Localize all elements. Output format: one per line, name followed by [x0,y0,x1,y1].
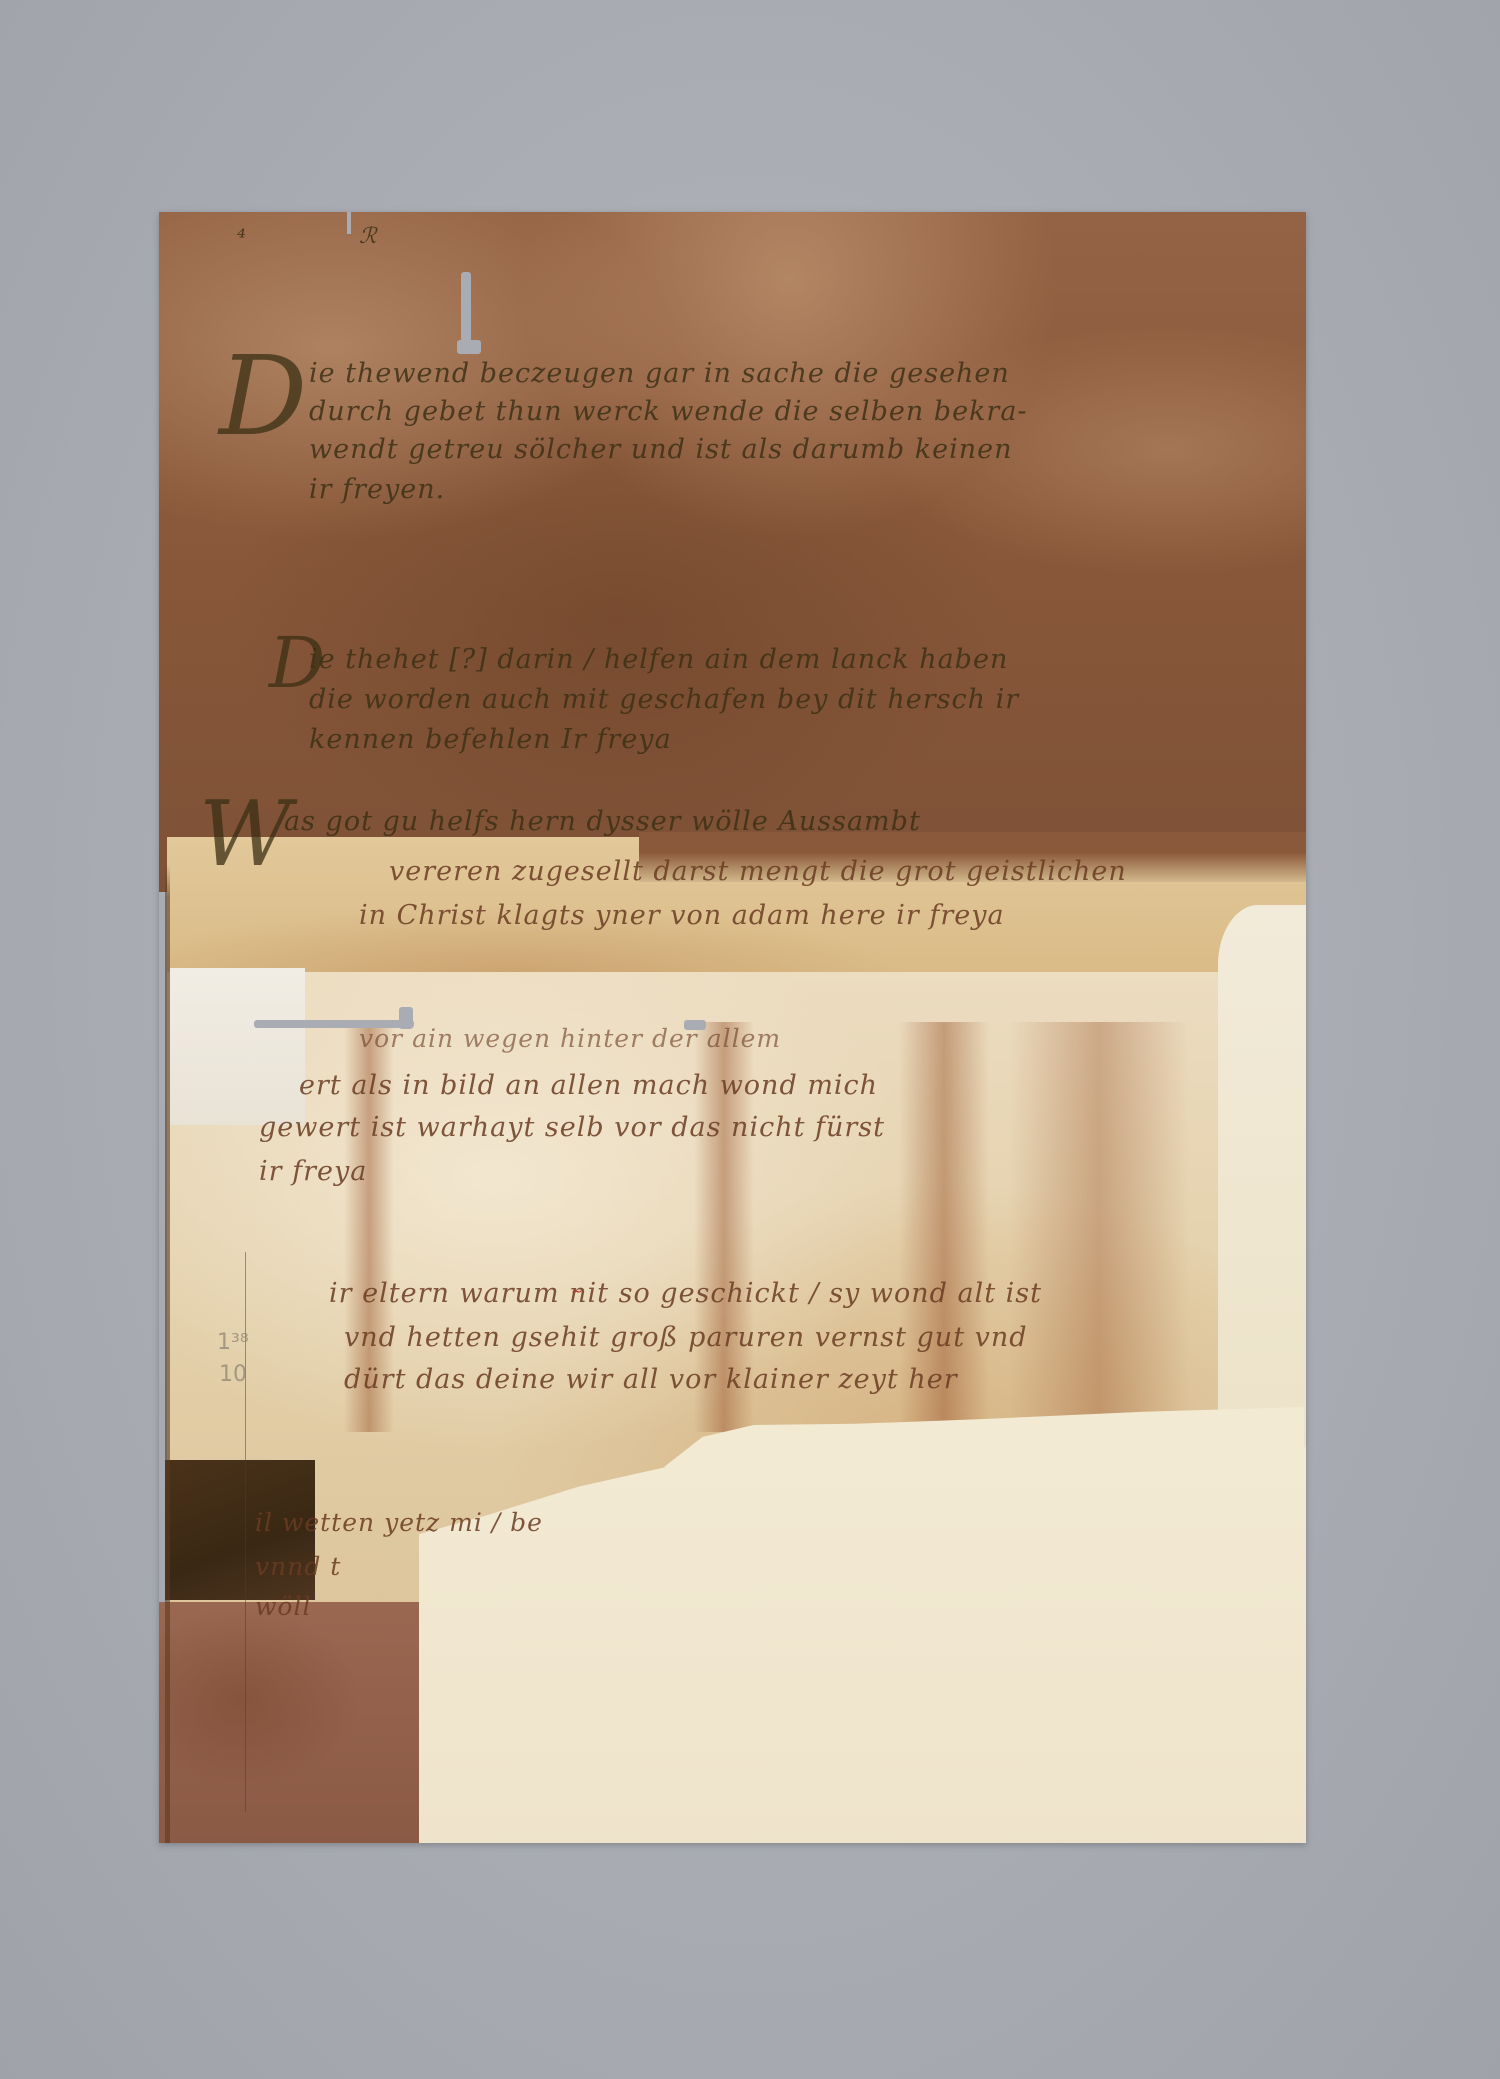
margin-mark: ℛ [359,224,378,249]
stained-paper-region [159,212,1306,892]
printed-repair-strip [1009,1022,1189,1432]
text-line: as got gu helfs hern dysser wölle Aussam… [284,806,921,837]
text-line: ir eltern warum nit so geschickt / sy wo… [329,1278,1042,1309]
paper-hole [457,340,481,354]
white-repair-patch [170,968,305,1125]
text-line: il wetten yetz mi / be [255,1508,543,1537]
text-line: dürt das deine wir all vor klainer zeyt … [344,1364,958,1395]
text-line: ir freyen. [309,474,445,505]
text-line: gewert ist warhayt selb vor das nicht fü… [259,1112,885,1143]
text-line: ert als in bild an allen mach wond mich [299,1070,878,1101]
text-line: wöll [255,1592,311,1621]
paragraph-initial: W [199,782,292,887]
cream-backing-paper [419,1447,1306,1843]
text-line: vnd hetten gsehit groß paruren vernst gu… [344,1322,1028,1353]
paper-hole [461,272,471,342]
corner-mark: ⁴ [237,226,247,251]
text-line: durch gebet thun werck wende die selben … [309,396,1028,427]
text-line: die worden auch mit geschafen bey dit he… [309,684,1019,715]
paragraph-initial: D [219,332,307,460]
text-line: kennen befehlen Ir freya [309,724,672,755]
pencil-note: 1³⁸ [217,1330,249,1355]
text-line: vereren zugesellt darst mengt die grot g… [389,856,1127,887]
stained-paper-bottom [159,1602,429,1843]
text-line: vor ain wegen hinter der allem [359,1024,781,1053]
text-line: wendt getreu sölcher und ist als darumb … [309,434,1013,465]
red-ink-mark: ~ [571,1284,583,1300]
white-repair-patch-right [1218,905,1306,1465]
top-edge-notch [347,212,351,234]
text-line: ie thehet [?] darin / helfen ain dem lan… [309,644,1008,675]
pencil-note: 10 [219,1362,247,1387]
left-edge-stain [165,212,170,1843]
text-line: vnnd t [255,1552,341,1581]
manuscript-page: ⁴ ℛ D ie thewend beczeugen gar in sache … [159,212,1306,1843]
text-line: ie thewend beczeugen gar in sache die ge… [309,358,1010,389]
text-line: in Christ klagts yner von adam here ir f… [359,900,1005,931]
text-line: ir freya [259,1156,367,1187]
